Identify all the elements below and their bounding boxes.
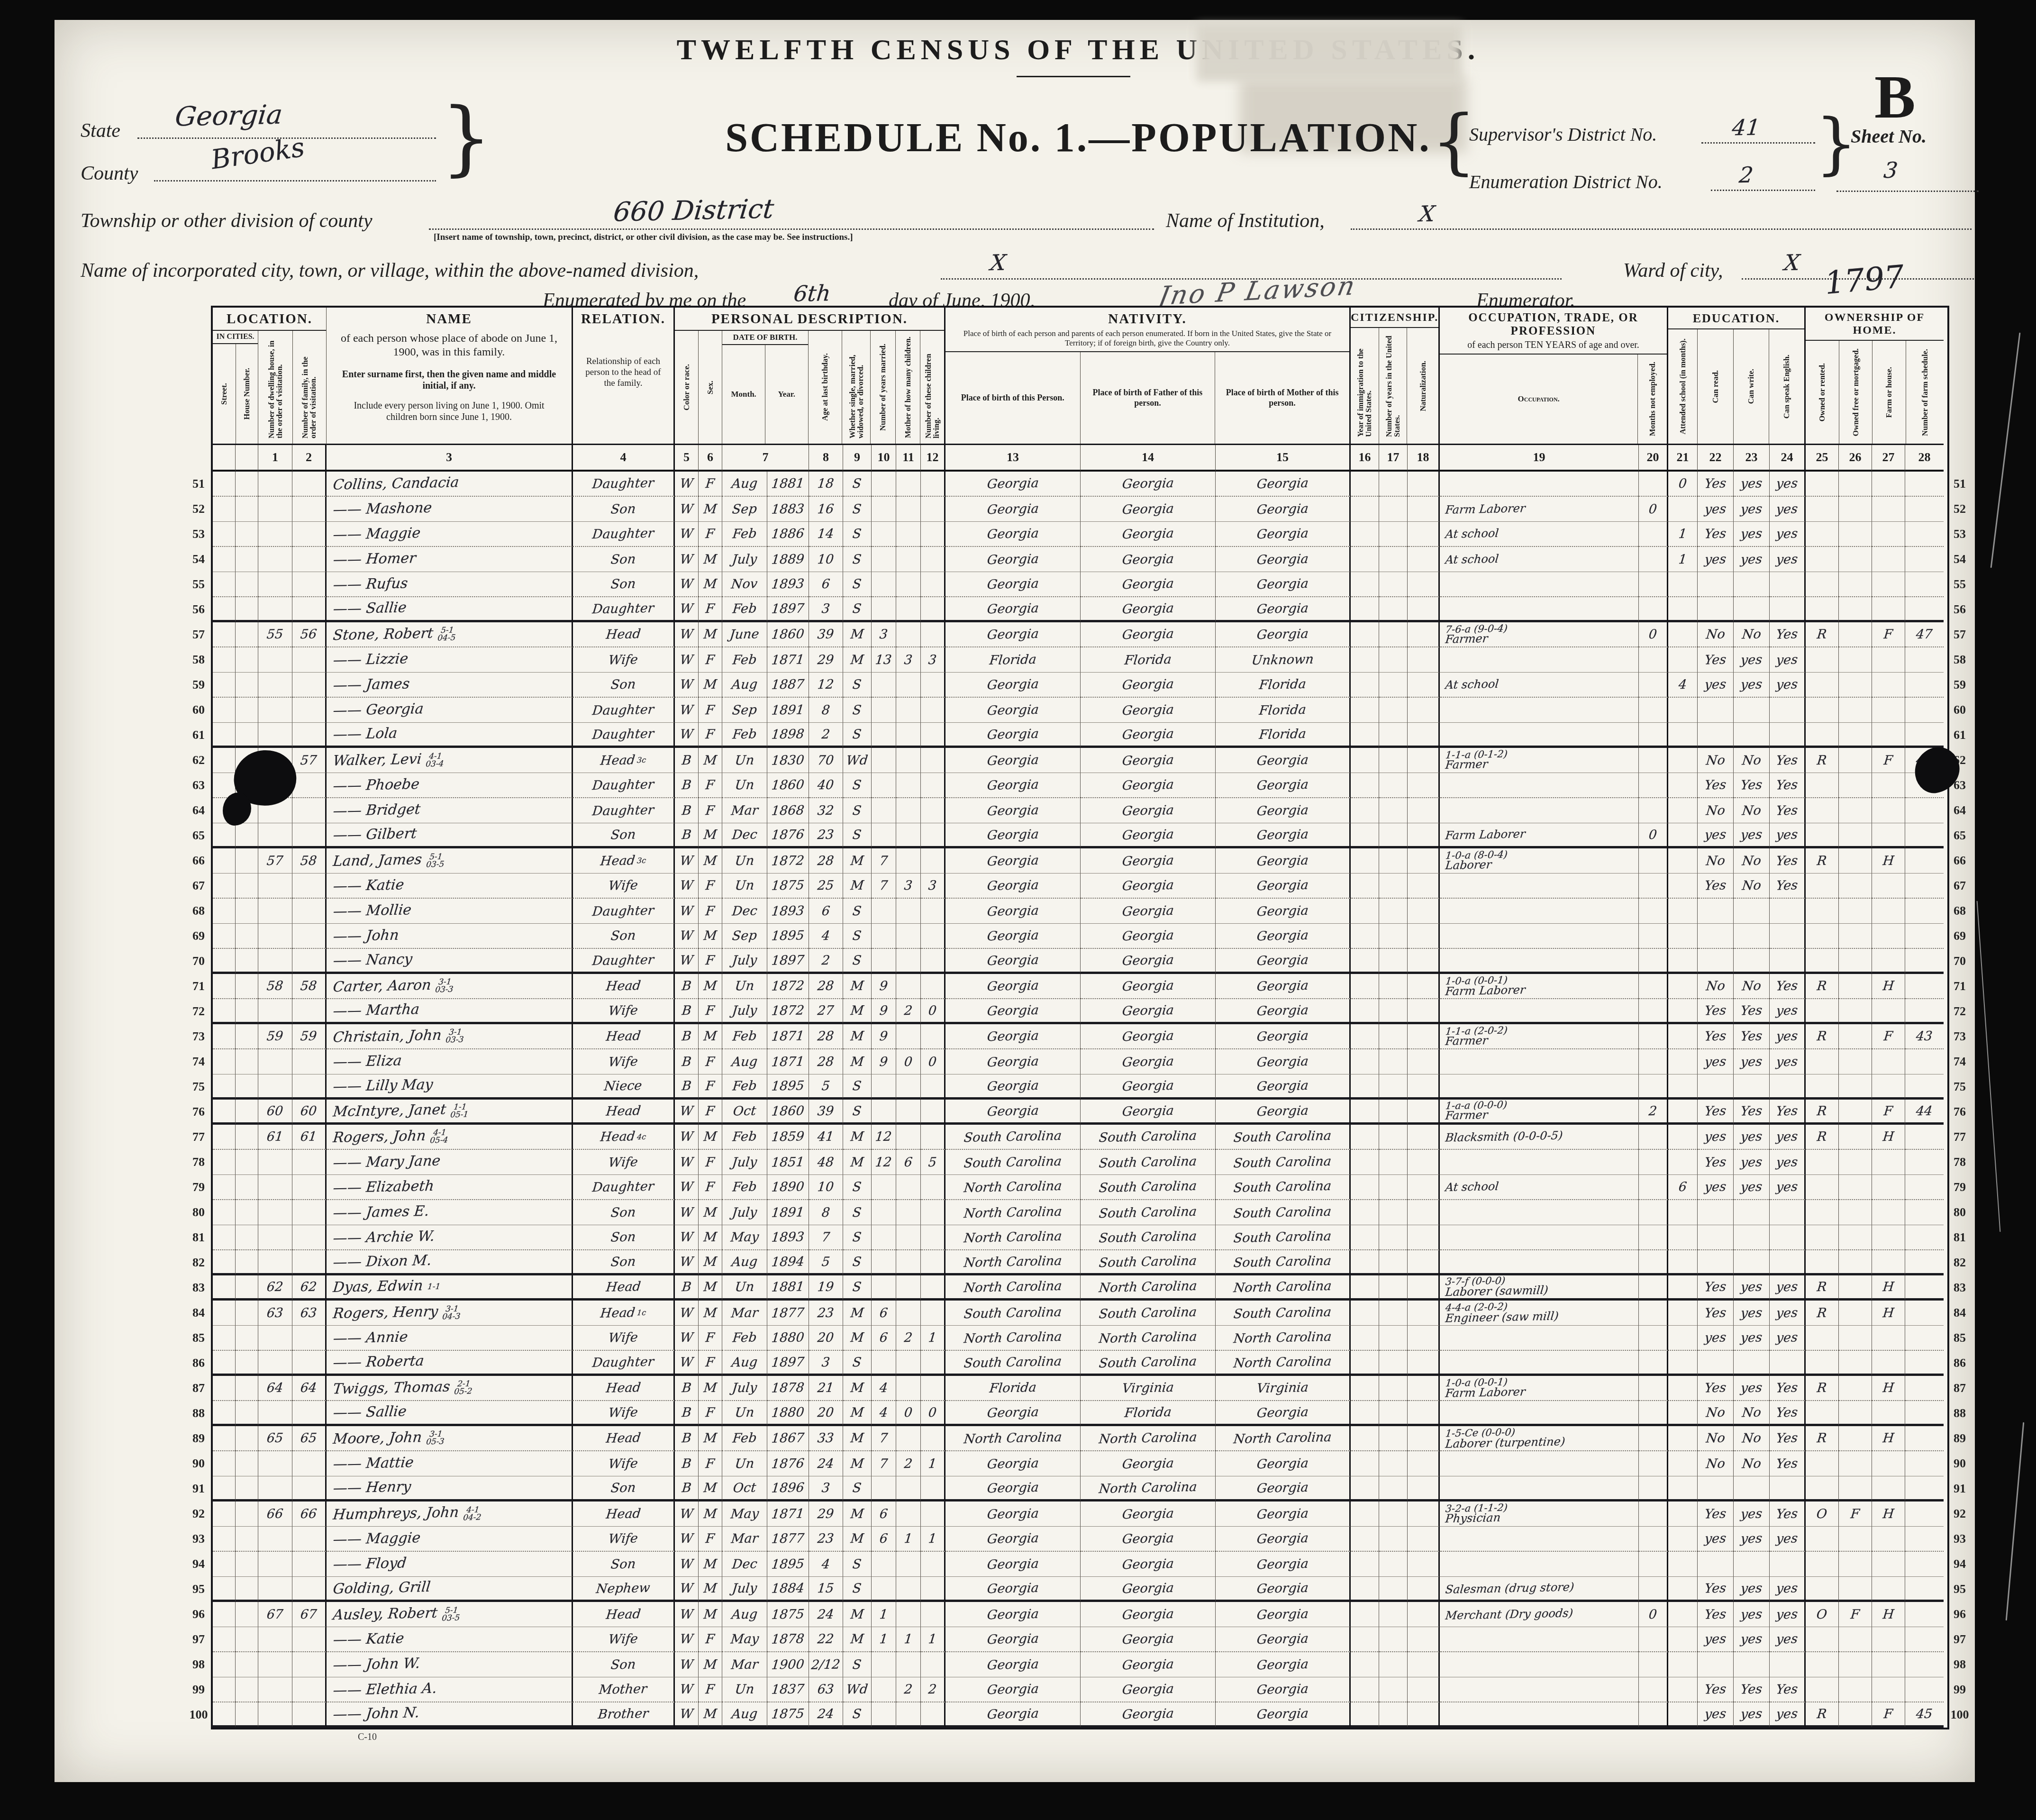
cell-children-living: 3 <box>921 874 945 899</box>
cell-free-mortgaged <box>1839 1702 1872 1728</box>
cell-children-living <box>921 1652 945 1677</box>
cell-birth-year: 1871 <box>767 1049 809 1074</box>
cell-marital-status: M <box>843 1426 872 1451</box>
cell-months-not-employed <box>1639 899 1668 924</box>
cell-years-married <box>872 1225 896 1250</box>
cell-school-months <box>1668 1652 1698 1677</box>
cell-pob-father: Georgia <box>1081 547 1216 572</box>
cell-immigration-year <box>1351 1376 1379 1401</box>
person-name: —— Elizabeth <box>332 1179 435 1195</box>
row-number: 82 <box>188 1250 209 1275</box>
cell-family-number <box>292 874 327 899</box>
cell-can-read: Yes <box>1698 1024 1734 1049</box>
cell-children-living: 0 <box>921 999 945 1024</box>
cell-occupation: 3-2-a (1-1-2)Physician <box>1440 1501 1639 1527</box>
cell-age: 3 <box>809 597 843 622</box>
cell-pob-mother: Georgia <box>1216 1602 1351 1627</box>
person-name: —— James <box>332 677 410 692</box>
cell-pob-person: Georgia <box>945 1702 1081 1728</box>
cell-birth-month: Sep <box>722 497 767 522</box>
cell-dwelling-number <box>258 1049 292 1074</box>
cell-birth-month: Feb <box>722 647 767 673</box>
enumeration-value: 2 <box>1738 162 1754 188</box>
cell-family-number: 65 <box>292 1426 327 1451</box>
cell-farm-schedule <box>1905 848 1944 874</box>
cell-years-married: 4 <box>872 1401 896 1426</box>
cell-pob-mother: Georgia <box>1216 1501 1351 1527</box>
cell-months-not-employed <box>1639 597 1668 622</box>
cell-pob-father: Georgia <box>1081 924 1216 949</box>
cell-pob-father: South Carolina <box>1081 1175 1216 1200</box>
cell-naturalization <box>1408 1200 1440 1225</box>
person-name: Moore, John <box>332 1430 422 1447</box>
cell-house-number <box>236 899 258 924</box>
relation-text: Daughter <box>592 703 655 717</box>
cell-farm-schedule <box>1905 823 1944 848</box>
cell-school-months: 1 <box>1668 547 1698 572</box>
cell-birth-year: 1867 <box>767 1426 809 1451</box>
cell-years-married <box>872 1577 896 1602</box>
cell-family-number <box>292 547 327 572</box>
cell-dwelling-number <box>258 1577 292 1602</box>
cell-speak-english <box>1770 723 1806 748</box>
cell-can-read: Yes <box>1698 472 1734 497</box>
enumerator-mark: 3-105-3 <box>426 1430 445 1446</box>
cell-birth-year: 1895 <box>767 1074 809 1100</box>
person-name: —— Elethia A. <box>332 1681 437 1698</box>
person-name: Ausley, Robert <box>332 1606 438 1623</box>
person-name: —— Phoebe <box>332 777 420 793</box>
cell-mother-of <box>896 1250 921 1275</box>
cell-birth-month: Feb <box>722 522 767 547</box>
cell-occupation <box>1440 597 1639 622</box>
relation-text: Head <box>600 854 636 868</box>
cell-children-living <box>921 673 945 698</box>
cell-immigration-year <box>1351 798 1379 823</box>
cell-dwelling-number <box>258 1074 292 1100</box>
cell-birth-year: 1860 <box>767 622 809 647</box>
row-number: 89 <box>188 1426 209 1451</box>
col-immigration-year: Year of immigration to the United States… <box>1356 332 1373 440</box>
enumerator-mark: 2-105-2 <box>454 1380 474 1396</box>
cell-school-months: 4 <box>1668 673 1698 698</box>
cell-relation: Daughter <box>573 899 675 924</box>
cell-street <box>213 1552 236 1577</box>
cell-years-married <box>872 1351 896 1376</box>
cell-mother-of <box>896 1577 921 1602</box>
cell-speak-english: yes <box>1770 823 1806 848</box>
cell-months-not-employed <box>1639 698 1668 723</box>
colnum: 6 <box>699 445 722 472</box>
cell-sex: F <box>699 1351 722 1376</box>
colnum: 20 <box>1639 445 1668 472</box>
cell-age: 29 <box>809 1501 843 1527</box>
row-number: 85 <box>1949 1325 1970 1350</box>
cell-owned-rented <box>1806 572 1839 597</box>
cell-can-write: No <box>1734 848 1770 874</box>
cell-free-mortgaged <box>1839 1476 1872 1501</box>
cell-can-write: yes <box>1734 1175 1770 1200</box>
cell-can-read: yes <box>1698 547 1734 572</box>
film-edge-right <box>1975 0 2036 1820</box>
cell-dwelling-number: 62 <box>258 1275 292 1301</box>
relation-text: Daughter <box>592 477 655 491</box>
cell-farm-schedule <box>1905 924 1944 949</box>
cell-immigration-year <box>1351 1426 1379 1451</box>
cell-sex: M <box>699 1376 722 1401</box>
cell-birth-month: Aug <box>722 1351 767 1376</box>
cell-street <box>213 1150 236 1175</box>
cell-relation: Wife <box>573 999 675 1024</box>
row-number: 66 <box>1949 848 1970 873</box>
cell-years-in-us <box>1379 1074 1408 1100</box>
cell-sex: F <box>699 1677 722 1702</box>
cell-children-living: 0 <box>921 1049 945 1074</box>
cell-can-write: yes <box>1734 1702 1770 1728</box>
cell-pob-father: Georgia <box>1081 773 1216 798</box>
cell-birth-month: Aug <box>722 1250 767 1275</box>
colnum: 22 <box>1698 445 1734 472</box>
cell-years-in-us <box>1379 698 1408 723</box>
cell-can-read <box>1698 949 1734 974</box>
cell-age: 4 <box>809 1552 843 1577</box>
cell-owned-rented <box>1806 1225 1839 1250</box>
cell-pob-person: North Carolina <box>945 1250 1081 1275</box>
cell-family-number <box>292 497 327 522</box>
occupation-desc: of each person TEN YEARS of age and over… <box>1440 338 1667 351</box>
relation-text: Son <box>610 828 636 841</box>
cell-birth-month: Feb <box>722 1175 767 1200</box>
cell-marital-status: M <box>843 1527 872 1552</box>
cell-immigration-year <box>1351 1602 1379 1627</box>
cell-school-months <box>1668 1200 1698 1225</box>
cell-can-read: No <box>1698 848 1734 874</box>
cell-can-write <box>1734 924 1770 949</box>
col-sex: Sex. <box>706 378 714 397</box>
cell-naturalization <box>1408 1074 1440 1100</box>
cell-naturalization <box>1408 572 1440 597</box>
cell-farm-schedule <box>1905 1476 1944 1501</box>
cell-years-in-us <box>1379 1652 1408 1677</box>
cell-occupation <box>1440 1527 1639 1552</box>
row-number: 64 <box>1949 798 1970 823</box>
colnum: 23 <box>1734 445 1770 472</box>
cell-can-write <box>1734 1250 1770 1275</box>
cell-dwelling-number: 58 <box>258 974 292 999</box>
cell-marital-status: S <box>843 1652 872 1677</box>
cell-family-number <box>292 1401 327 1426</box>
cell-free-mortgaged <box>1839 622 1872 647</box>
cell-birth-month: Un <box>722 974 767 999</box>
cell-sex: M <box>699 1501 722 1527</box>
cell-farm-house <box>1872 1652 1905 1677</box>
cell-name: —— Mary Jane <box>327 1150 573 1175</box>
cell-dwelling-number: 61 <box>258 1125 292 1150</box>
colnum-blank <box>236 445 258 472</box>
cell-birth-year: 1860 <box>767 773 809 798</box>
cell-farm-house: H <box>1872 1125 1905 1150</box>
header-personal: PERSONAL DESCRIPTION. Color or race. Sex… <box>675 308 945 445</box>
cell-name: —— Lilly May <box>327 1074 573 1100</box>
cell-naturalization <box>1408 1301 1440 1326</box>
cell-months-not-employed <box>1639 773 1668 798</box>
occupation-text: Farm Laborer <box>1445 828 1526 841</box>
row-number: 51 <box>188 471 209 496</box>
cell-naturalization <box>1408 798 1440 823</box>
cell-color: W <box>675 1175 699 1200</box>
cell-months-not-employed <box>1639 1275 1668 1301</box>
cell-sex: M <box>699 547 722 572</box>
row-number: 86 <box>1949 1350 1970 1375</box>
name-label: NAME <box>327 308 572 327</box>
cell-immigration-year <box>1351 647 1379 673</box>
cell-children-living: 2 <box>921 1677 945 1702</box>
cell-months-not-employed <box>1639 1527 1668 1552</box>
cell-can-write: yes <box>1734 673 1770 698</box>
cell-can-write: yes <box>1734 1376 1770 1401</box>
cell-months-not-employed <box>1639 547 1668 572</box>
cell-mother-of <box>896 622 921 647</box>
cell-mother-of <box>896 1351 921 1376</box>
cell-farm-schedule <box>1905 1577 1944 1602</box>
cell-street <box>213 1376 236 1401</box>
person-name: —— Roberta <box>332 1354 425 1370</box>
cell-children-living <box>921 597 945 622</box>
cell-pob-person: Florida <box>945 1376 1081 1401</box>
cell-color: B <box>675 1376 699 1401</box>
cell-birth-month: Sep <box>722 924 767 949</box>
cell-naturalization <box>1408 1627 1440 1652</box>
person-name: Rogers, John <box>332 1128 427 1145</box>
cell-speak-english <box>1770 949 1806 974</box>
cell-mother-of: 6 <box>896 1150 921 1175</box>
cell-relation: Daughter <box>573 472 675 497</box>
cell-street <box>213 899 236 924</box>
cell-dwelling-number <box>258 1677 292 1702</box>
cell-years-married <box>872 1200 896 1225</box>
cell-color: W <box>675 1125 699 1150</box>
occupation-text: Farmer <box>1445 633 1489 645</box>
cell-pob-person: Georgia <box>945 1552 1081 1577</box>
cell-pob-mother: Georgia <box>1216 798 1351 823</box>
cell-children-living <box>921 1426 945 1451</box>
cell-street <box>213 622 236 647</box>
cell-can-read: yes <box>1698 1175 1734 1200</box>
cell-children-living <box>921 1702 945 1728</box>
cell-free-mortgaged <box>1839 597 1872 622</box>
cell-school-months <box>1668 698 1698 723</box>
cell-family-number: 64 <box>292 1376 327 1401</box>
cell-dwelling-number: 63 <box>258 1301 292 1326</box>
cell-occupation <box>1440 572 1639 597</box>
cell-pob-mother: Georgia <box>1216 1652 1351 1677</box>
cell-can-write: yes <box>1734 1326 1770 1351</box>
cell-age: 4 <box>809 924 843 949</box>
cell-pob-father: Georgia <box>1081 1702 1216 1728</box>
cell-can-read <box>1698 924 1734 949</box>
cell-school-months <box>1668 1552 1698 1577</box>
cell-can-read: Yes <box>1698 1301 1734 1326</box>
cell-occupation: Farm Laborer <box>1440 497 1639 522</box>
cell-owned-rented <box>1806 1476 1839 1501</box>
cell-farm-schedule <box>1905 999 1944 1024</box>
cell-name: —— John W. <box>327 1652 573 1677</box>
cell-years-married <box>872 1100 896 1125</box>
cell-house-number <box>236 622 258 647</box>
cell-family-number <box>292 1627 327 1652</box>
cell-marital-status: M <box>843 999 872 1024</box>
relation-mark: 3c <box>636 756 646 764</box>
col-mother-of: Mother of how many children. <box>904 334 912 441</box>
cell-can-write: yes <box>1734 1125 1770 1150</box>
cell-mother-of: 0 <box>896 1401 921 1426</box>
relation-text: Head <box>605 1431 641 1445</box>
cell-family-number <box>292 899 327 924</box>
cell-birth-month: Un <box>722 1451 767 1476</box>
cell-can-read <box>1698 1074 1734 1100</box>
cell-can-write: yes <box>1734 472 1770 497</box>
cell-can-read: No <box>1698 974 1734 999</box>
cell-owned-rented <box>1806 798 1839 823</box>
cell-pob-person: Georgia <box>945 698 1081 723</box>
relation-text: Son <box>610 1206 636 1219</box>
cell-farm-schedule <box>1905 1351 1944 1376</box>
cell-years-married <box>872 773 896 798</box>
cell-pob-mother: Georgia <box>1216 1627 1351 1652</box>
cell-speak-english: Yes <box>1770 974 1806 999</box>
cell-color: W <box>675 647 699 673</box>
cell-house-number <box>236 1602 258 1627</box>
cell-immigration-year <box>1351 1074 1379 1100</box>
cell-owned-rented <box>1806 1351 1839 1376</box>
cell-family-number <box>292 1351 327 1376</box>
person-name: —— Nancy <box>332 952 413 968</box>
cell-pob-father: South Carolina <box>1081 1150 1216 1175</box>
row-number: 72 <box>1949 999 1970 1024</box>
cell-street <box>213 974 236 999</box>
cell-school-months <box>1668 1677 1698 1702</box>
cell-birth-month: Dec <box>722 899 767 924</box>
cell-farm-schedule <box>1905 547 1944 572</box>
cell-owned-rented <box>1806 522 1839 547</box>
colnum: 11 <box>896 445 921 472</box>
cell-marital-status: M <box>843 622 872 647</box>
cell-dwelling-number <box>258 924 292 949</box>
cell-children-living <box>921 1074 945 1100</box>
cell-immigration-year <box>1351 497 1379 522</box>
cell-immigration-year <box>1351 1049 1379 1074</box>
cell-street <box>213 949 236 974</box>
cell-speak-english: yes <box>1770 1577 1806 1602</box>
cell-house-number <box>236 1049 258 1074</box>
cell-months-not-employed <box>1639 1501 1668 1527</box>
cell-free-mortgaged <box>1839 823 1872 848</box>
col-color-race: Color or race. <box>682 361 691 413</box>
cell-pob-person: Georgia <box>945 1677 1081 1702</box>
cell-months-not-employed <box>1639 1451 1668 1476</box>
cell-age: 10 <box>809 1175 843 1200</box>
cell-birth-year: 1876 <box>767 1451 809 1476</box>
cell-naturalization <box>1408 999 1440 1024</box>
cell-dwelling-number <box>258 874 292 899</box>
relation-text: Head <box>605 1029 641 1043</box>
cell-sex: F <box>699 647 722 673</box>
row-number: 79 <box>1949 1174 1970 1200</box>
person-name: —— Mashone <box>332 501 433 517</box>
cell-farm-schedule <box>1905 572 1944 597</box>
cell-family-number <box>292 999 327 1024</box>
cell-sex: F <box>699 773 722 798</box>
cell-farm-house <box>1872 899 1905 924</box>
cell-children-living <box>921 773 945 798</box>
row-number: 72 <box>188 999 209 1024</box>
cell-family-number <box>292 1074 327 1100</box>
col-street: Street. <box>220 380 228 408</box>
cell-color: W <box>675 572 699 597</box>
cell-family-number: 56 <box>292 622 327 647</box>
cell-pob-person: Georgia <box>945 823 1081 848</box>
cell-age: 40 <box>809 773 843 798</box>
cell-months-not-employed <box>1639 1552 1668 1577</box>
cell-children-living <box>921 497 945 522</box>
cell-years-married <box>872 597 896 622</box>
cell-years-in-us <box>1379 547 1408 572</box>
cell-years-in-us <box>1379 1250 1408 1275</box>
cell-owned-rented <box>1806 924 1839 949</box>
cell-pob-mother: Georgia <box>1216 874 1351 899</box>
cell-street <box>213 597 236 622</box>
cell-years-in-us <box>1379 1275 1408 1301</box>
cell-pob-father: Georgia <box>1081 1451 1216 1476</box>
cell-pob-mother: Florida <box>1216 723 1351 748</box>
cell-years-in-us <box>1379 1552 1408 1577</box>
cell-street <box>213 874 236 899</box>
cell-pob-person: Georgia <box>945 874 1081 899</box>
cell-can-read: yes <box>1698 823 1734 848</box>
cell-dwelling-number <box>258 1401 292 1426</box>
cell-marital-status: M <box>843 1501 872 1527</box>
cell-farm-schedule <box>1905 798 1944 823</box>
cell-pob-mother: Georgia <box>1216 1024 1351 1049</box>
cell-birth-year: 1900 <box>767 1652 809 1677</box>
cell-years-in-us <box>1379 999 1408 1024</box>
enumerator-mark: 1-105-1 <box>450 1103 470 1119</box>
cell-family-number: 59 <box>292 1024 327 1049</box>
col-marital: Whether single, married, widowed, or div… <box>848 334 865 441</box>
cell-pob-mother: South Carolina <box>1216 1225 1351 1250</box>
in-cities-label: IN CITIES. <box>213 331 258 344</box>
row-number: 86 <box>188 1350 209 1375</box>
row-number: 99 <box>1949 1677 1970 1702</box>
row-number: 78 <box>188 1149 209 1174</box>
cell-speak-english: yes <box>1770 999 1806 1024</box>
cell-free-mortgaged <box>1839 1376 1872 1401</box>
cell-years-in-us <box>1379 899 1408 924</box>
colnum: 24 <box>1770 445 1806 472</box>
cell-free-mortgaged <box>1839 748 1872 773</box>
enumerated-day: 6th <box>792 280 832 307</box>
cell-months-not-employed: 2 <box>1639 1100 1668 1125</box>
sheet-label: Sheet No. <box>1851 125 1927 147</box>
cell-years-married <box>872 1652 896 1677</box>
row-number: 76 <box>188 1099 209 1124</box>
cell-mother-of: 2 <box>896 999 921 1024</box>
institution-label: Name of Institution, <box>1166 209 1325 232</box>
cell-name: —— Maggie <box>327 522 573 547</box>
cell-free-mortgaged <box>1839 698 1872 723</box>
cell-color: B <box>675 1451 699 1476</box>
cell-pob-person: South Carolina <box>945 1150 1081 1175</box>
